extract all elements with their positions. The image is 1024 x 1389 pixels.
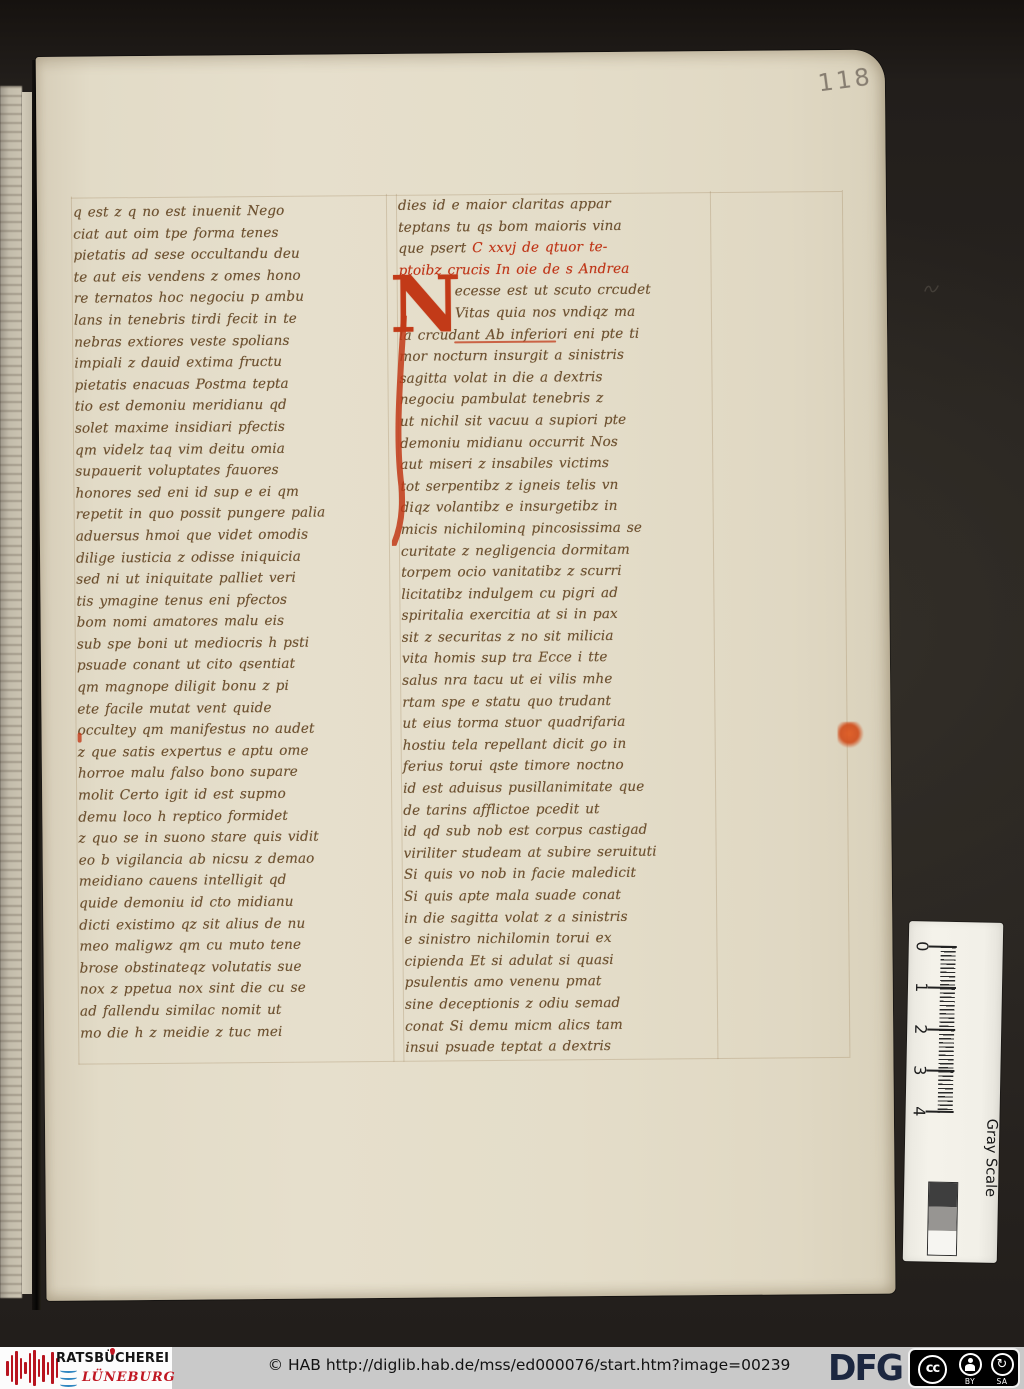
body-text: spiritalia exercitia at si in pax	[401, 606, 617, 624]
body-text: cipienda Et si adulat si quasi	[405, 952, 614, 970]
rubric-text: C xxvj de qtuor te-	[472, 239, 607, 256]
manuscript-line: conat Si demu micm alics tam	[405, 1014, 723, 1038]
manuscript-line: hostiu tela repellant dicit go in	[403, 733, 721, 757]
body-text: negociu pambulat tenebris z	[400, 390, 604, 408]
manuscript-line: solet maxime insidiari pfectis	[75, 416, 395, 440]
copyright-text: © HAB http://diglib.hab.de/mss/ed000076/…	[268, 1356, 791, 1374]
body-text: sine deceptionis z odiu semad	[405, 995, 620, 1013]
body-text: id est aduisus pusillanimitate que	[403, 779, 644, 797]
manuscript-line: vita homis sup tra Ecce i tte	[402, 647, 720, 671]
facing-page-margin	[22, 92, 32, 1294]
manuscript-line: nebras extiores veste spolians	[74, 329, 394, 353]
body-text: hostiu tela repellant dicit go in	[403, 736, 627, 754]
manuscript-line: Si quis vo nob in facie maledicit	[404, 862, 722, 886]
body-text: diqz volantibz e insurgetibz in	[401, 498, 618, 516]
manuscript-line: id est aduisus pusillanimitate que	[403, 776, 721, 800]
cc-license-badge: cc BY ↻ SA	[908, 1348, 1020, 1388]
manuscript-line: lans in tenebris tirdi fecit in te	[74, 308, 394, 332]
ruler-tick: 0	[909, 946, 1003, 948]
sa-label: SA	[990, 1377, 1014, 1386]
cc-icon: cc	[918, 1355, 947, 1384]
body-text: Si quis vo nob in facie maledicit	[404, 865, 636, 883]
patch-mid	[928, 1207, 956, 1232]
manuscript-line: ut nichil sit vacuu a supiori pte	[400, 409, 718, 433]
manuscript-line: tio est demoniu meridianu qd	[75, 394, 395, 418]
red-touch-mark	[78, 733, 82, 743]
manuscript-line: occultey qm manifestus no audet	[77, 718, 397, 742]
manuscript-line: meidiano cauens intelligit qd	[79, 869, 399, 893]
manuscript-line: ciat aut oim tpe forma tenes	[73, 221, 393, 245]
manuscript-line: cipienda Et si adulat si quasi	[404, 949, 722, 973]
manuscript-line: in die sagitta volat z a sinistris	[404, 906, 722, 930]
manuscript-line: re ternatos hoc negociu p ambu	[74, 286, 394, 310]
manuscript-line: nox z ppetua nox sint die cu se	[80, 977, 400, 1001]
manuscript-line: curitate z negligencia dormitam	[401, 539, 719, 563]
body-text: tot serpentibz z igneis telis vn	[400, 477, 618, 495]
body-text: insui psuade teptat a dextris	[405, 1038, 611, 1056]
patch-dark	[929, 1183, 957, 1208]
ruling-line	[842, 190, 851, 1058]
ruler-number: 0	[913, 937, 931, 955]
manuscript-line: licitatibz indulgem cu pigri ad	[401, 582, 719, 606]
manuscript-line: sed ni ut iniquitate palliet veri	[76, 567, 396, 591]
manuscript-line: aduersus hmoi que videt omodis	[76, 524, 396, 548]
manuscript-line: meo maligwz qm cu muto tene	[79, 934, 399, 958]
body-text: in die sagitta volat z a sinistris	[404, 908, 628, 926]
manuscript-line: dies id e maior claritas appar	[398, 193, 716, 217]
ruler-number: 2	[911, 1020, 929, 1038]
dfg-logo: DFG	[828, 1348, 902, 1389]
barcode-icon	[6, 1347, 58, 1389]
attribution-person-icon	[959, 1353, 982, 1376]
body-text: curitate z negligencia dormitam	[401, 541, 630, 559]
manuscript-line: dilige iusticia z odisse iniquicia	[76, 545, 396, 569]
manuscript-line: demu loco h reptico formidet	[78, 804, 398, 828]
manuscript-line: rtam spe e statu quo trudant	[402, 690, 720, 714]
manuscript-line: insui psuade teptat a dextris	[405, 1035, 723, 1059]
body-text: micis nichilominq pincosissima se	[401, 520, 642, 538]
manuscript-line: q est z q no est inuenit Nego	[73, 200, 393, 224]
manuscript-column-left: q est z q no est inuenit Negociat aut oi…	[73, 200, 400, 1045]
manuscript-line: aut miseri z insabiles victims	[400, 452, 718, 476]
body-text: psulentis amo venenu pmat	[405, 973, 602, 991]
manuscript-line: id qd sub nob est corpus castigad	[403, 819, 721, 843]
manuscript-line: horroe malu falso bono supare	[78, 761, 398, 785]
grayscale-patches	[927, 1182, 958, 1257]
manuscript-line: molit Certo igit id est supmo	[78, 783, 398, 807]
manuscript-line: qm magnope diligit bonu z pi	[77, 675, 397, 699]
body-text: conat Si demu micm alics tam	[405, 1016, 623, 1034]
manuscript-line: demoniu midianu occurrit Nos	[400, 431, 718, 455]
folio-number: 118	[816, 62, 874, 97]
body-text: Si quis apte mala suade conat	[404, 887, 621, 905]
share-alike-arrow-icon: ↻	[991, 1353, 1014, 1376]
manuscript-line: spiritalia exercitia at si in pax	[401, 603, 719, 627]
by-label: BY	[958, 1377, 982, 1386]
ruler-tick: 2	[907, 1029, 1001, 1031]
body-text: e sinistro nichilomin torui ex	[404, 930, 611, 948]
manuscript-line: Si quis apte mala suade conat	[404, 884, 722, 908]
body-text: vita homis sup tra Ecce i tte	[402, 649, 608, 667]
body-text: torpem ocio vanitatibz z scurri	[401, 563, 622, 581]
manuscript-line: eo b vigilancia ab nicsu z demao	[79, 848, 399, 872]
manuscript-line: pietatis enacuas Postma tepta	[74, 373, 394, 397]
manuscript-line: micis nichilominq pincosissima se	[401, 517, 719, 541]
facing-page-edge	[0, 86, 22, 1298]
body-text: ecesse est ut scuto crcudet	[455, 282, 651, 300]
manuscript-line: e sinistro nichilomin torui ex	[404, 927, 722, 951]
ruler-number: 4	[909, 1102, 927, 1120]
body-text: demoniu midianu occurrit Nos	[400, 433, 618, 451]
ruler-tick: 4	[906, 1111, 1000, 1113]
body-text: viriliter studeam at subire seruituti	[404, 843, 657, 861]
body-text: dies id e maior claritas appar	[398, 196, 611, 214]
manuscript-line: honores sed eni id sup e ei qm	[75, 481, 395, 505]
body-text: aut miseri z insabiles victims	[400, 455, 609, 473]
manuscript-line: sine deceptionis z odiu semad	[405, 992, 723, 1016]
manuscript-line: sub spe boni ut mediocris h psti	[77, 632, 397, 656]
ruler-scale: 01234	[905, 921, 1003, 1123]
manuscript-line: quide demoniu id cto midianu	[79, 891, 399, 915]
ruler-number: 1	[912, 978, 930, 996]
manuscript-line: brose obstinateqz volutatis sue	[80, 956, 400, 980]
body-text: rtam spe e statu quo trudant	[402, 693, 611, 711]
manuscript-line: sit z securitas z no sit milicia	[402, 625, 720, 649]
scanned-manuscript-photo: 118 q est z q no est inuenit Negociat au…	[0, 0, 1024, 1389]
manuscript-line: ut eius torma stuor quadrifaria	[402, 711, 720, 735]
body-text: licitatibz indulgem cu pigri ad	[401, 585, 618, 603]
ruler-tick: 1	[908, 987, 1002, 989]
manuscript-line: impiali z dauid extima fructu	[74, 351, 394, 375]
ruler-number: 3	[910, 1061, 928, 1079]
grayscale-calibration-card: 01234 Gray Scale	[903, 921, 1004, 1263]
manuscript-line: torpem ocio vanitatibz z scurri	[401, 560, 719, 584]
body-text: salus nra tacu ut ei vilis mhe	[402, 671, 613, 689]
patch-light	[928, 1231, 956, 1256]
manuscript-line: mo die h z meidie z tuc mei	[80, 1020, 400, 1044]
manuscript-line: negociu pambulat tenebris z	[400, 387, 718, 411]
manuscript-line: tot serpentibz z igneis telis vn	[400, 474, 718, 498]
book-waves-icon	[60, 1368, 77, 1387]
manuscript-line: bom nomi amatores malu eis	[77, 610, 397, 634]
body-text: teptans tu qs bom maioris vina	[398, 217, 622, 235]
library-city: LÜNEBURG	[82, 1370, 176, 1385]
footer-bar: RATSBÜCHEREI LÜNEBURG © HAB http://digli…	[0, 1347, 1024, 1389]
manuscript-line: tis ymagine tenus eni pfectos	[76, 589, 396, 613]
body-text: sit z securitas z no sit milicia	[402, 628, 614, 646]
ruler-tick: 3	[906, 1070, 1000, 1072]
manuscript-line: te aut eis vendens z omes hono	[74, 265, 394, 289]
manuscript-line: dicti existimo qz sit alius de nu	[79, 912, 399, 936]
body-text: ferius torui qste timore noctno	[403, 757, 624, 775]
manuscript-line: ete facile mutat vent quide	[77, 697, 397, 721]
manuscript-line: z quo se in suono stare quis vidit	[78, 826, 398, 850]
manuscript-line: supauerit voluptates fauores	[75, 459, 395, 483]
manuscript-line: salus nra tacu ut ei vilis mhe	[402, 668, 720, 692]
manuscript-line: z que satis expertus e aptu ome	[78, 740, 398, 764]
body-text: ut nichil sit vacuu a supiori pte	[400, 412, 627, 430]
body-text: Vitas quia nos vndiqz ma	[455, 304, 635, 322]
body-text: de tarins afflictoe pcedit ut	[403, 801, 599, 819]
manuscript-line: de tarins afflictoe pcedit ut	[403, 798, 721, 822]
library-logo: RATSBÜCHEREI LÜNEBURG	[0, 1347, 172, 1389]
ink-blot	[838, 722, 864, 748]
initial-flourish	[390, 316, 426, 546]
gray-scale-label: Gray Scale	[927, 1118, 1000, 1149]
manuscript-line: repetit in quo possit pungere palia	[76, 502, 396, 526]
manuscript-line: teptans tu qs bom maioris vina	[398, 215, 716, 239]
manuscript-line: viriliter studeam at subire seruituti	[404, 841, 722, 865]
manuscript-line: diqz volantibz e insurgetibz in	[401, 495, 719, 519]
manuscript-line: psulentis amo venenu pmat	[405, 970, 723, 994]
manuscript-page: 118 q est z q no est inuenit Negociat au…	[36, 50, 896, 1301]
body-text: id qd sub nob est corpus castigad	[403, 822, 647, 840]
manuscript-line: ad fallendu similac nomit ut	[80, 999, 400, 1023]
manuscript-line: psuade conant ut cito qsentiat	[77, 653, 397, 677]
manuscript-line: qm videlz taq vim deitu omia	[75, 437, 395, 461]
manuscript-line: ferius torui qste timore noctno	[403, 754, 721, 778]
pencil-margin-mark	[924, 282, 940, 294]
body-text: ut eius torma stuor quadrifaria	[402, 714, 625, 732]
manuscript-line: pietatis ad sese occultandu deu	[73, 243, 393, 267]
